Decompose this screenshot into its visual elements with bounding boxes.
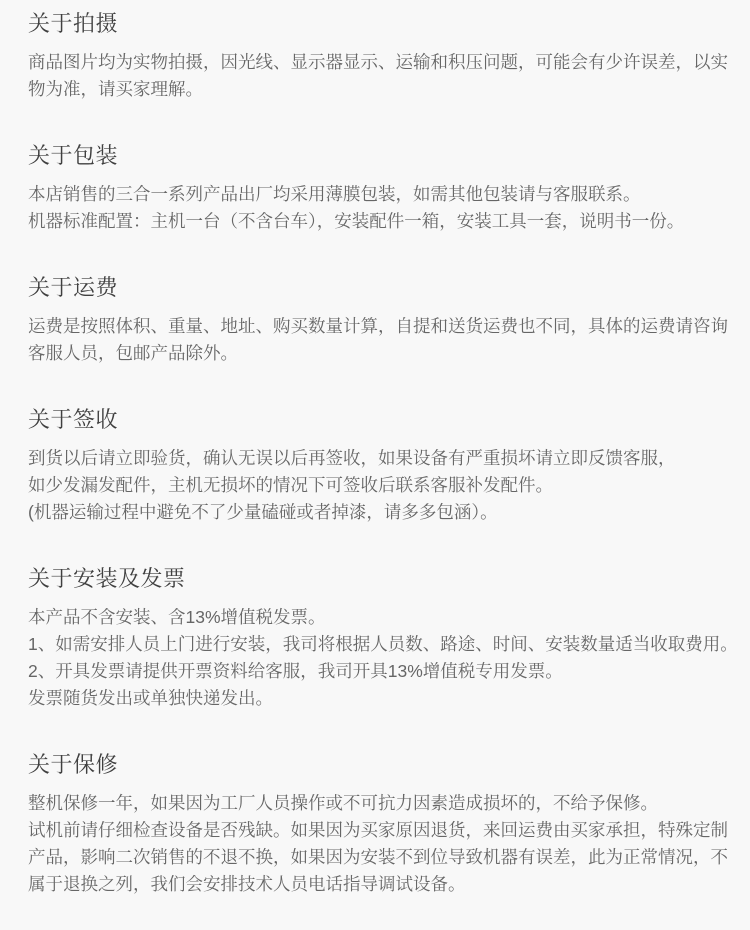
section-body: 运费是按照体积、重量、地址、购买数量计算，自提和送货运费也不同，具体的运费请咨询… <box>28 313 745 367</box>
section-paragraph: 整机保修一年，如果因为工厂人员操作或不可抗力因素造成损坏的，不给予保修。 <box>28 790 745 817</box>
section-paragraph: 如少发漏发配件，主机无损坏的情况下可签收后联系客服补发配件。 <box>28 472 745 499</box>
section-title: 关于拍摄 <box>28 8 745 39</box>
sections-container: 关于拍摄 商品图片均为实物拍摄，因光线、显示器显示、运输和积压问题，可能会有少许… <box>28 8 745 898</box>
info-section: 关于保修 整机保修一年，如果因为工厂人员操作或不可抗力因素造成损坏的，不给予保修… <box>28 749 745 898</box>
section-body: 商品图片均为实物拍摄，因光线、显示器显示、运输和积压问题，可能会有少许误差，以实… <box>28 49 745 103</box>
section-paragraph: (机器运输过程中避免不了少量磕碰或者掉漆，请多多包涵）。 <box>28 499 745 526</box>
info-section: 关于安装及发票 本产品不含安装、含13%增值税发票。1、如需安排人员上门进行安装… <box>28 563 745 712</box>
section-title: 关于签收 <box>28 404 745 435</box>
section-body: 本产品不含安装、含13%增值税发票。1、如需安排人员上门进行安装，我司将根据人员… <box>28 604 745 712</box>
section-paragraph: 发票随货发出或单独快递发出。 <box>28 685 745 712</box>
section-paragraph: 2、开具发票请提供开票资料给客服，我司开具13%增值税专用发票。 <box>28 658 745 685</box>
section-paragraph: 本产品不含安装、含13%增值税发票。 <box>28 604 745 631</box>
section-paragraph: 1、如需安排人员上门进行安装，我司将根据人员数、路途、时间、安装数量适当收取费用… <box>28 631 745 658</box>
section-paragraph: 本店销售的三合一系列产品出厂均采用薄膜包装，如需其他包装请与客服联系。 <box>28 181 745 208</box>
section-title: 关于安装及发票 <box>28 563 745 594</box>
section-paragraph: 运费是按照体积、重量、地址、购买数量计算，自提和送货运费也不同，具体的运费请咨询… <box>28 313 745 367</box>
product-notes-page: 关于拍摄 商品图片均为实物拍摄，因光线、显示器显示、运输和积压问题，可能会有少许… <box>0 0 750 930</box>
section-paragraph: 机器标准配置：主机一台（不含台车），安装配件一箱，安装工具一套，说明书一份。 <box>28 208 745 235</box>
section-body: 本店销售的三合一系列产品出厂均采用薄膜包装，如需其他包装请与客服联系。机器标准配… <box>28 181 745 235</box>
section-paragraph: 到货以后请立即验货，确认无误以后再签收，如果设备有严重损坏请立即反馈客服， <box>28 445 745 472</box>
info-section: 关于拍摄 商品图片均为实物拍摄，因光线、显示器显示、运输和积压问题，可能会有少许… <box>28 8 745 103</box>
section-title: 关于保修 <box>28 749 745 780</box>
section-body: 到货以后请立即验货，确认无误以后再签收，如果设备有严重损坏请立即反馈客服，如少发… <box>28 445 745 526</box>
section-title: 关于包装 <box>28 140 745 171</box>
section-title: 关于运费 <box>28 272 745 303</box>
info-section: 关于包装 本店销售的三合一系列产品出厂均采用薄膜包装，如需其他包装请与客服联系。… <box>28 140 745 235</box>
section-paragraph: 试机前请仔细检查设备是否残缺。如果因为买家原因退货，来回运费由买家承担，特殊定制… <box>28 817 745 898</box>
section-paragraph: 商品图片均为实物拍摄，因光线、显示器显示、运输和积压问题，可能会有少许误差，以实… <box>28 49 745 103</box>
info-section: 关于运费 运费是按照体积、重量、地址、购买数量计算，自提和送货运费也不同，具体的… <box>28 272 745 367</box>
section-body: 整机保修一年，如果因为工厂人员操作或不可抗力因素造成损坏的，不给予保修。试机前请… <box>28 790 745 898</box>
info-section: 关于签收 到货以后请立即验货，确认无误以后再签收，如果设备有严重损坏请立即反馈客… <box>28 404 745 526</box>
